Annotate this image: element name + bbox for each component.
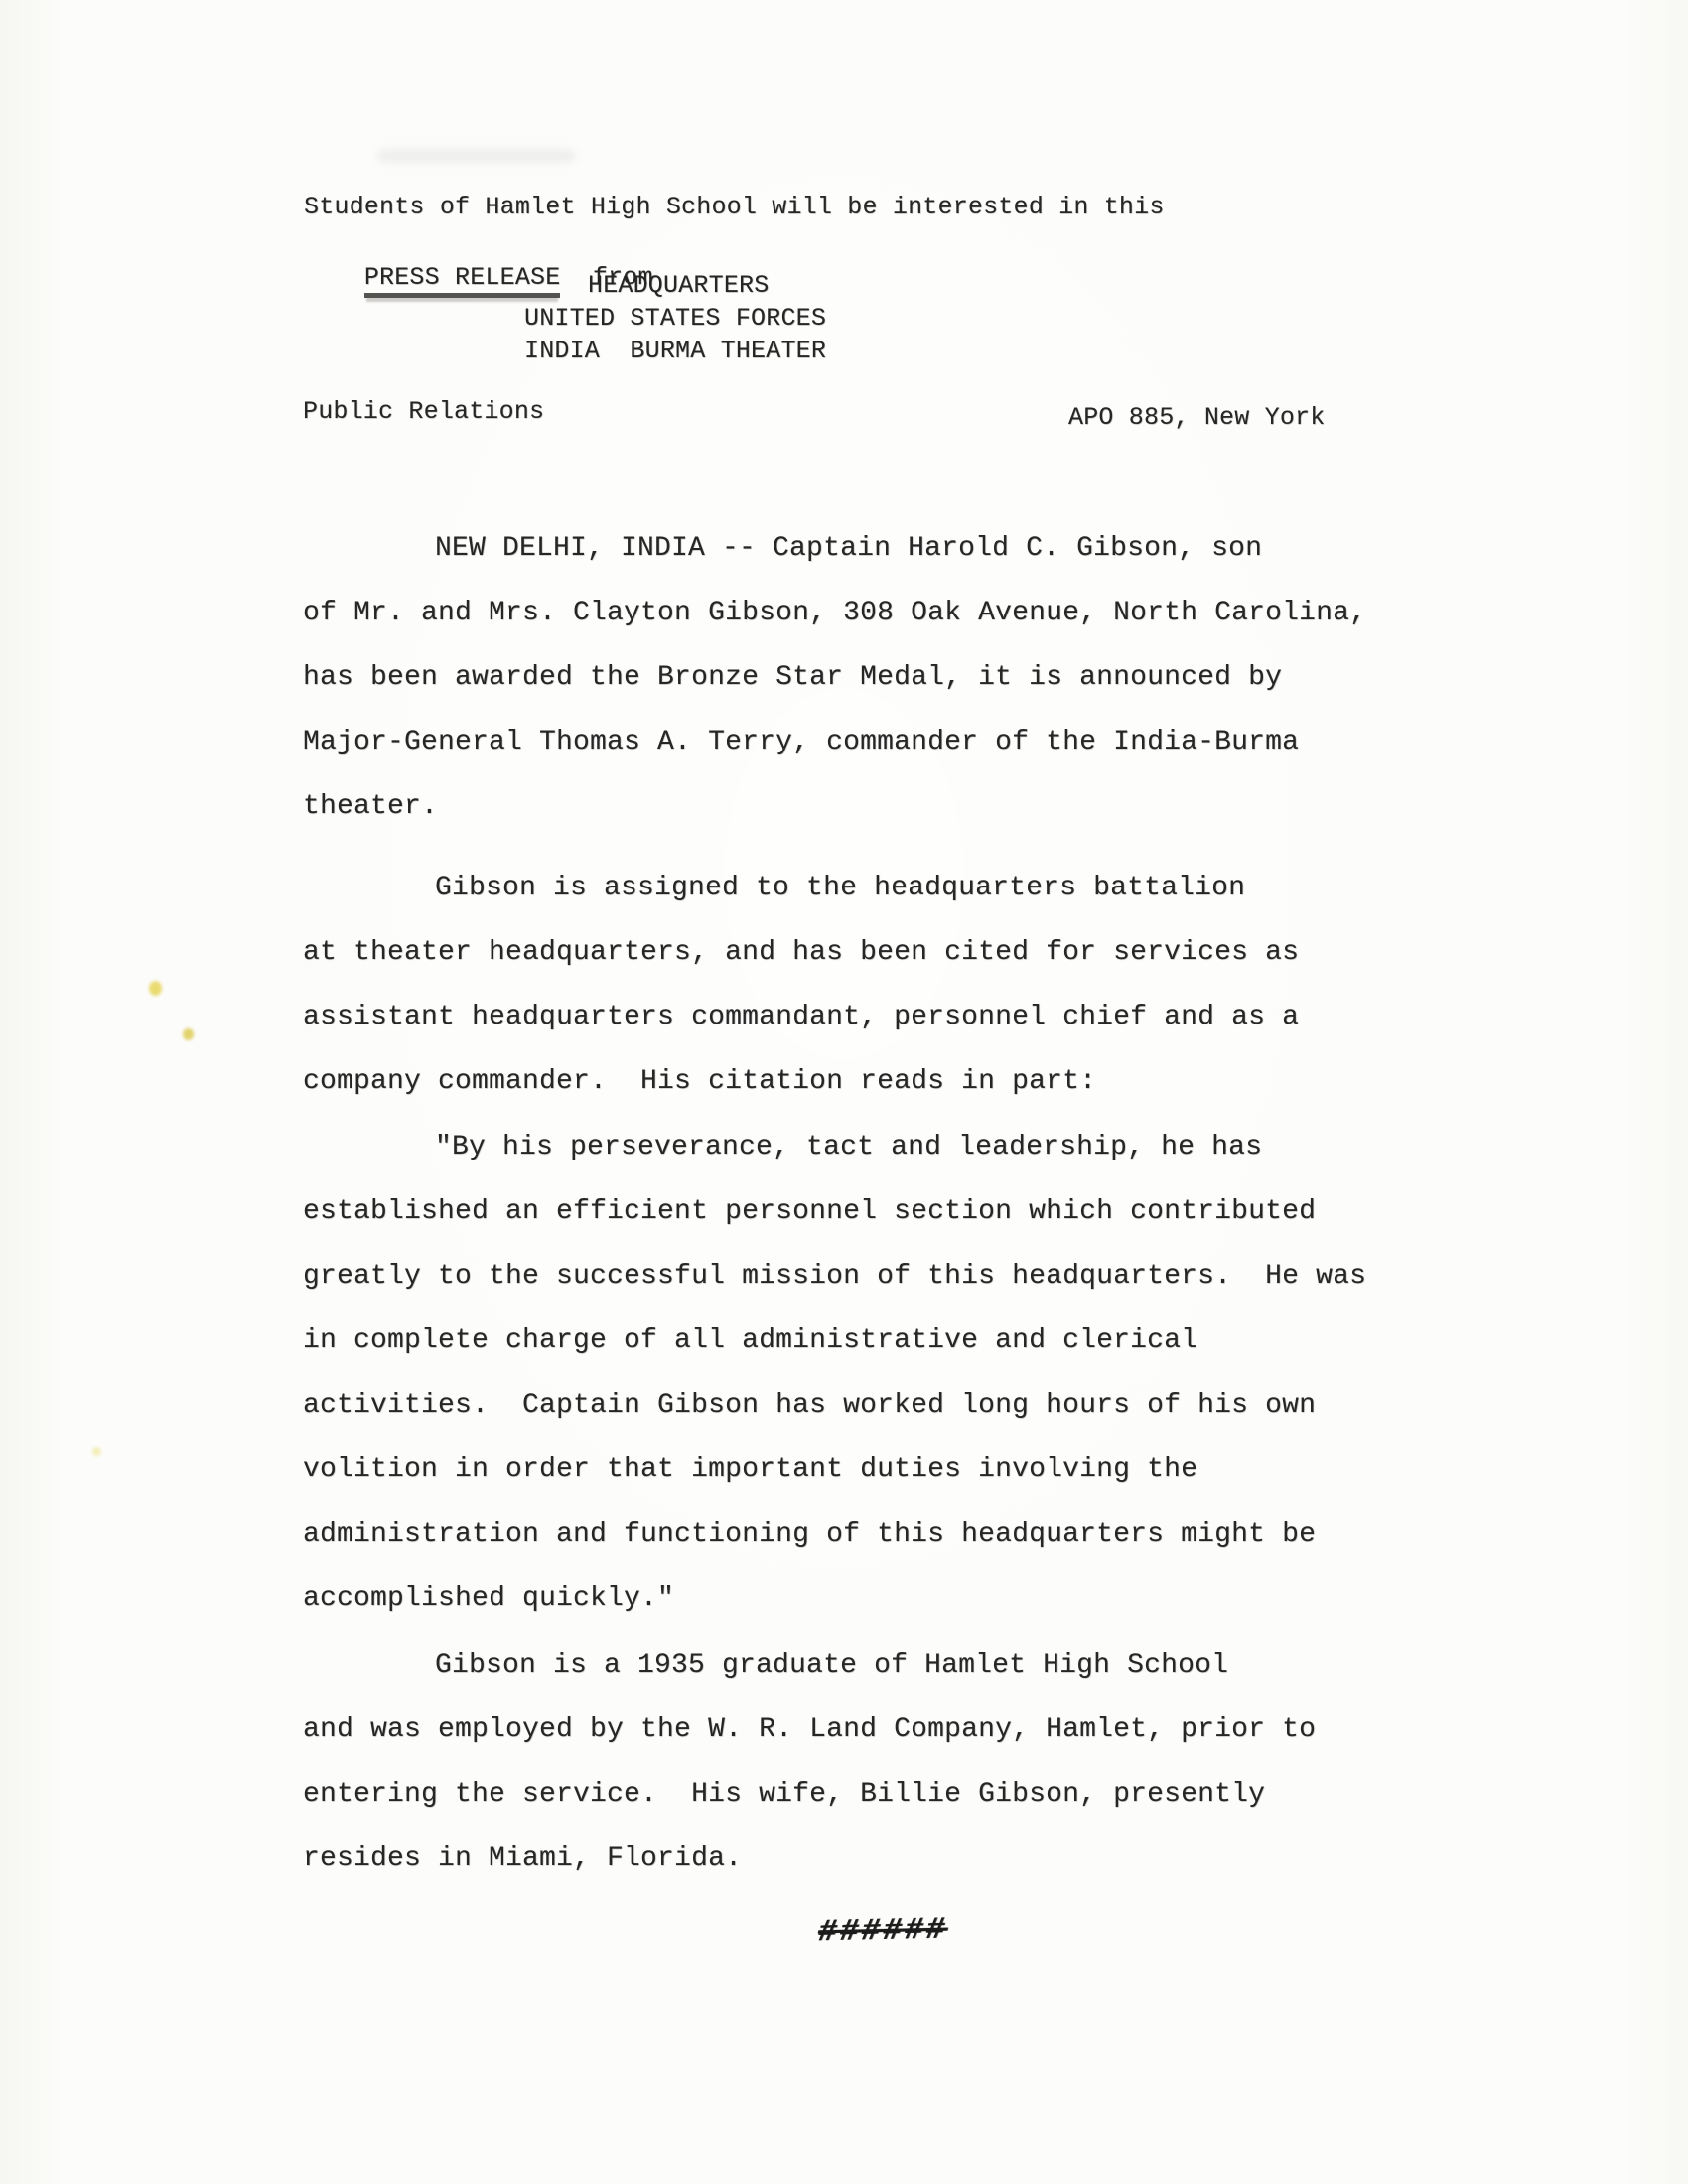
letterhead-office: Public Relations — [303, 397, 544, 426]
body-line: assistant headquarters commandant, perso… — [303, 985, 1475, 1049]
paragraph-2: Gibson is assigned to the headquarters b… — [303, 856, 1475, 1114]
body-line: activities. Captain Gibson has worked lo… — [303, 1373, 1475, 1437]
body-line: and was employed by the W. R. Land Compa… — [303, 1698, 1475, 1762]
body-line: greatly to the successful mission of thi… — [303, 1244, 1475, 1308]
body-line: administration and functioning of this h… — [303, 1502, 1475, 1567]
press-release-document: Students of Hamlet High School will be i… — [0, 0, 1688, 2184]
paragraph-3: "By his perseverance, tact and leadershi… — [303, 1115, 1475, 1631]
scan-smudge — [377, 149, 576, 163]
body-line: Major-General Thomas A. Terry, commander… — [303, 710, 1475, 774]
paper-speck — [183, 1028, 194, 1040]
paper-speck — [92, 1447, 101, 1456]
annotation-line-1: Students of Hamlet High School will be i… — [304, 193, 1165, 221]
press-release-label: PRESS RELEASE — [364, 263, 561, 298]
paragraph-4: Gibson is a 1935 graduate of Hamlet High… — [303, 1633, 1475, 1891]
letterhead-india-burma-theater: INDIA BURMA THEATER — [524, 337, 826, 365]
body-line: entering the service. His wife, Billie G… — [303, 1762, 1475, 1827]
body-line: of Mr. and Mrs. Clayton Gibson, 308 Oak … — [303, 581, 1475, 645]
body-line: volition in order that important duties … — [303, 1437, 1475, 1502]
letterhead-united-states-forces: UNITED STATES FORCES — [524, 304, 826, 333]
end-of-release-mark: ###### — [814, 1913, 950, 1951]
body-line: NEW DELHI, INDIA -- Captain Harold C. Gi… — [435, 516, 1475, 581]
body-line: Gibson is assigned to the headquarters b… — [435, 856, 1475, 920]
annotation-spacer — [560, 263, 590, 292]
letterhead-headquarters: HEADQUARTERS — [588, 271, 769, 300]
body-line: "By his perseverance, tact and leadershi… — [435, 1115, 1475, 1179]
body-line: Gibson is a 1935 graduate of Hamlet High… — [435, 1633, 1475, 1698]
paper-speck — [149, 981, 162, 996]
body-line: has been awarded the Bronze Star Medal, … — [303, 645, 1475, 710]
letterhead-apo: APO 885, New York — [1068, 403, 1325, 432]
body-line: theater. — [303, 774, 1475, 839]
body-line: resides in Miami, Florida. — [303, 1827, 1475, 1891]
body-line: company commander. His citation reads in… — [303, 1049, 1475, 1114]
body-line: at theater headquarters, and has been ci… — [303, 920, 1475, 985]
body-line: established an efficient personnel secti… — [303, 1179, 1475, 1244]
paragraph-1: NEW DELHI, INDIA -- Captain Harold C. Gi… — [303, 516, 1475, 839]
body-line: accomplished quickly." — [303, 1567, 1475, 1631]
body-line: in complete charge of all administrative… — [303, 1308, 1475, 1373]
